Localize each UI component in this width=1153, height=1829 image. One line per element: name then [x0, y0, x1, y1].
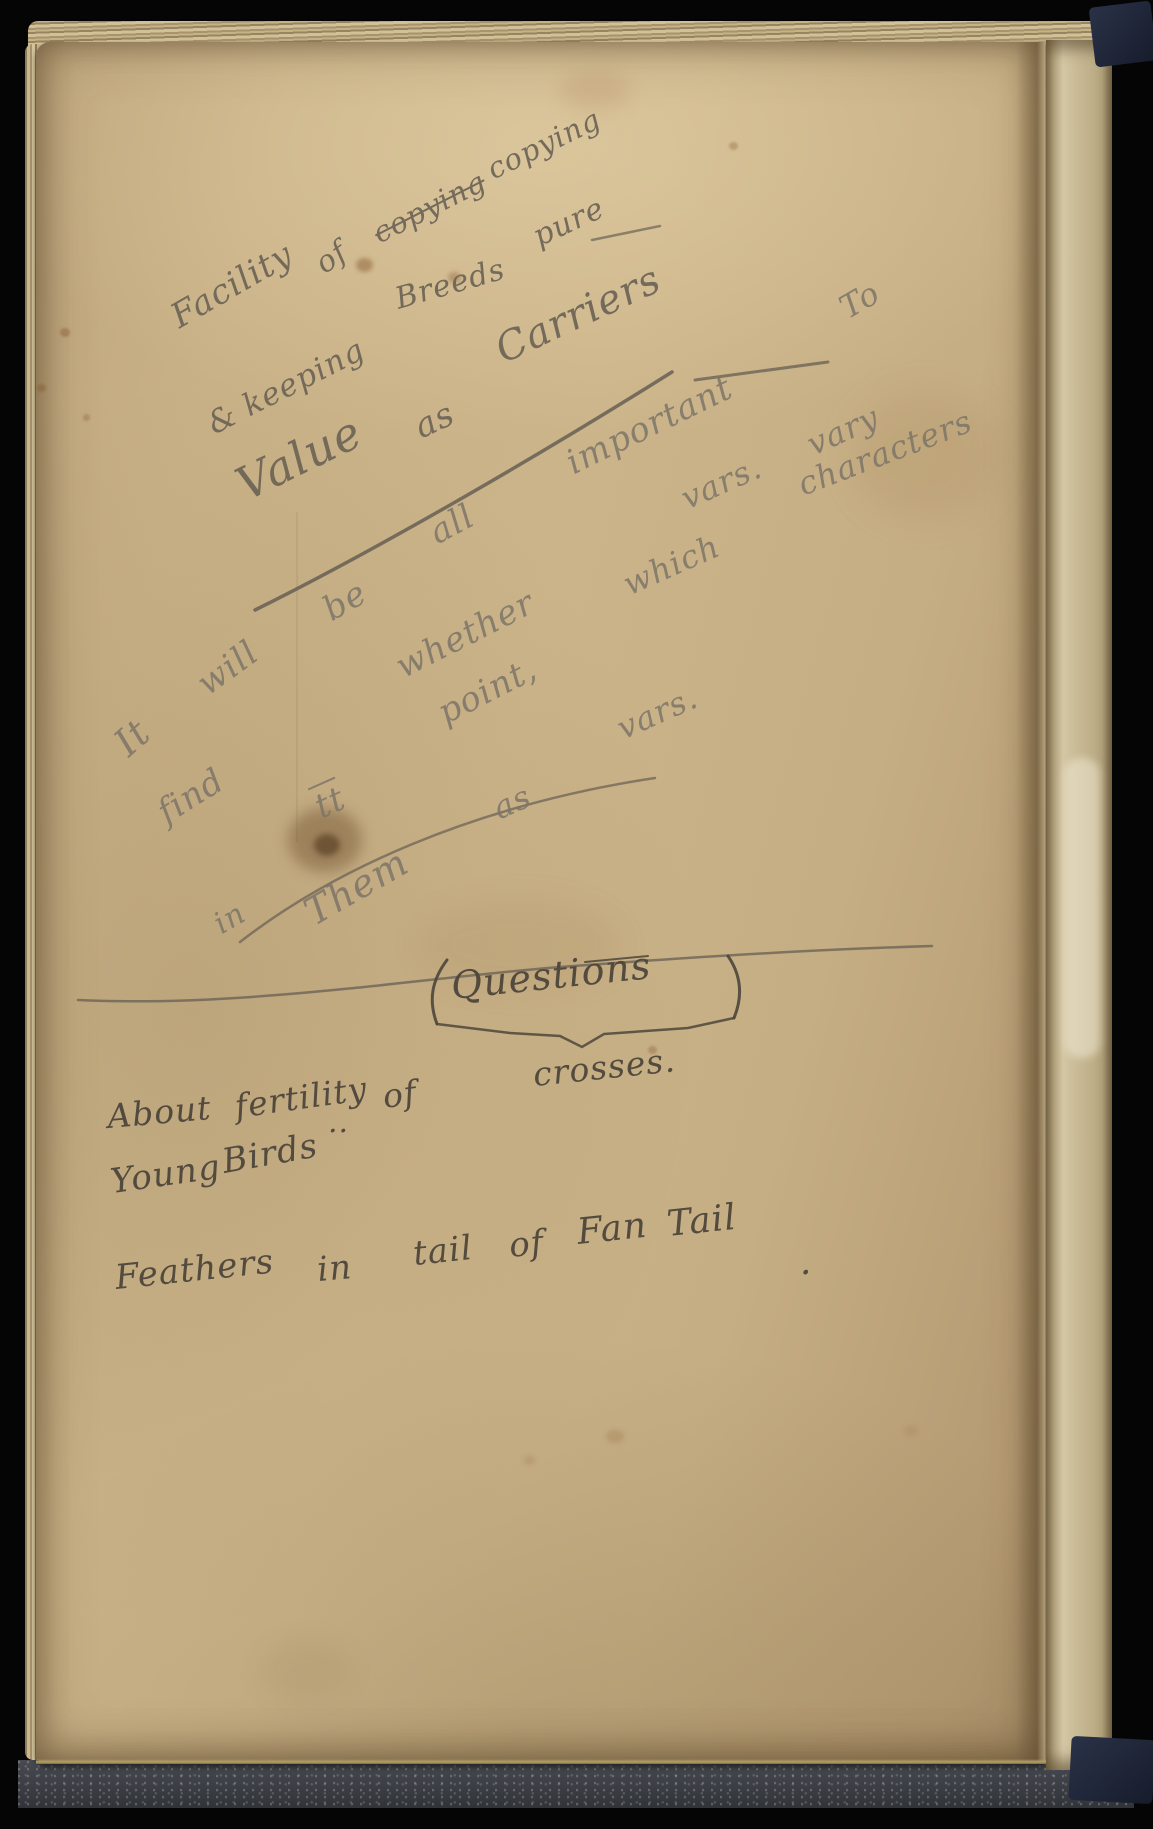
page-bottom-edge [36, 1759, 1046, 1764]
book-cover-corner-bottom [1068, 1736, 1153, 1804]
table-surface [18, 1760, 1134, 1808]
page-gutter-fold [1016, 42, 1046, 1764]
book-binding-hinge [1046, 40, 1112, 1770]
book-cover-corner-top [1089, 0, 1153, 67]
notebook-page [36, 42, 1046, 1764]
book-scan-photo: Facilityofcopyingcopying& keepingBreedsp… [0, 0, 1153, 1829]
paper-crease [296, 512, 298, 842]
binding-scuff-mark [1064, 758, 1100, 1058]
